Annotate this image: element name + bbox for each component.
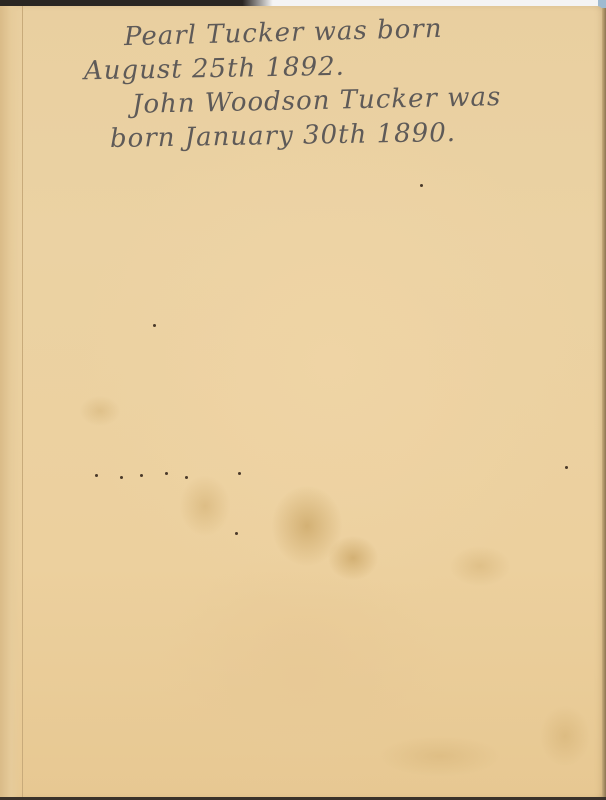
ink-speck xyxy=(185,476,188,479)
ink-speck xyxy=(165,472,168,475)
ink-speck xyxy=(120,476,123,479)
water-stain xyxy=(180,476,230,536)
water-stain xyxy=(540,706,590,766)
ink-speck xyxy=(420,184,423,187)
water-stain xyxy=(80,396,120,426)
water-stain xyxy=(380,736,500,776)
page-right-edge xyxy=(602,8,606,798)
water-stain xyxy=(328,536,378,580)
document-page: Pearl Tucker was born August 25th 1892. … xyxy=(0,6,603,798)
ink-speck xyxy=(235,532,238,535)
ink-speck xyxy=(153,324,156,327)
handwritten-line: John Woodson Tucker was xyxy=(132,82,502,120)
ink-speck xyxy=(95,474,98,477)
handwritten-line: Pearl Tucker was born xyxy=(124,14,443,52)
handwritten-line: born January 30th 1890. xyxy=(110,118,456,154)
ink-speck xyxy=(140,474,143,477)
water-stain xyxy=(450,546,510,586)
ink-speck xyxy=(565,466,568,469)
page-binding-edge xyxy=(0,6,23,798)
handwritten-line: August 25th 1892. xyxy=(84,52,345,87)
ink-speck xyxy=(238,472,241,475)
